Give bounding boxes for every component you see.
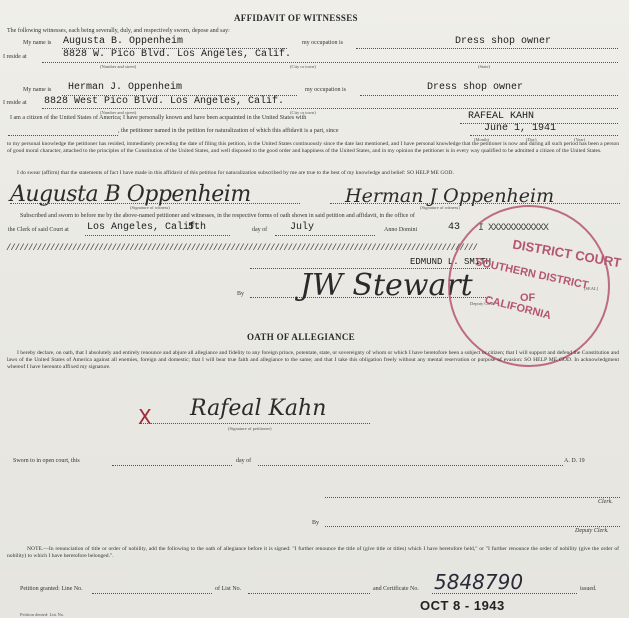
witness2-occupation: Dress shop owner	[427, 82, 523, 93]
knowledge-paragraph: to my personal knowledge the petitioner …	[7, 141, 619, 155]
witness1-occupation: Dress shop owner	[455, 36, 551, 47]
struck-out-line: ////////////////////////////////////////…	[6, 243, 477, 253]
witness1-address: 8828 W. Pico Blvd. Los Angeles, Calif.	[63, 49, 291, 60]
certificate-label: and Certificate No.	[373, 586, 419, 592]
oath-by-label: By	[312, 520, 319, 526]
swear-paragraph: I do swear (affirm) that the statements …	[7, 170, 619, 177]
clerk-signature: JW Stewart	[300, 268, 473, 303]
court-location: Los Angeles, Calif.	[87, 222, 201, 233]
oath-day: 5th	[188, 222, 206, 233]
witness1-name-label: My name is	[23, 40, 51, 46]
witness2-name-label: My name is	[23, 87, 51, 93]
oath-title: OATH OF ALLEGIANCE	[247, 332, 355, 342]
caption-street: (Number and street)	[100, 64, 136, 69]
witness1-name: Augusta B. Oppenheim	[63, 36, 183, 47]
sworn-day-of: day of	[236, 458, 251, 464]
affidavit-intro: The following witnesses, each being seve…	[7, 28, 230, 34]
witness2-name: Herman J. Oppenheim	[68, 82, 182, 93]
issue-date-stamp: OCT 8 - 1943	[420, 598, 505, 613]
day-of-label: day of	[252, 227, 267, 233]
oath-year: 43	[448, 222, 460, 233]
by-label: By	[237, 291, 244, 297]
witness1-occupation-label: my occupation is	[302, 40, 343, 46]
caption-city: (City or town)	[290, 64, 316, 69]
petition-granted-label: Petition granted: Line No.	[20, 586, 83, 592]
clerk-label: Clerk.	[598, 499, 613, 505]
anno-domini-label: Anno Domini	[384, 227, 417, 233]
subscribed-text: Subscribed and sworn to before me by the…	[20, 213, 415, 219]
issued-label: issued.	[580, 586, 597, 592]
list-no-label: of List No.	[215, 586, 241, 592]
caption-state: (State)	[478, 64, 490, 69]
naturalization-document-page: AFFIDAVIT OF WITNESSES The following wit…	[0, 0, 629, 618]
petitioner-signature: Rafeal Kahn	[190, 396, 326, 421]
nobility-note: NOTE.—In renunciation of title or order …	[7, 546, 619, 560]
citizen-text: I am a citizen of the United States of A…	[10, 115, 306, 121]
sworn-text: Sworn to in open court, this	[13, 458, 80, 464]
signature-caption: (Signature of witness)	[130, 205, 170, 210]
petitioner-mark: X	[138, 405, 152, 429]
witness2-occupation-label: my occupation is	[305, 87, 346, 93]
petition-denied-label: Petition denied: List No.	[20, 612, 64, 617]
certificate-number: 5848790	[434, 570, 523, 594]
affidavit-title: AFFIDAVIT OF WITNESSES	[234, 13, 358, 23]
witness2-reside-label: I reside at	[3, 100, 27, 106]
signature-caption: (Signature of witness)	[420, 205, 460, 210]
petitioner-signature-caption: (Signature of petitioner)	[228, 426, 272, 431]
clerk-text: the Clerk of said Court at	[8, 227, 69, 233]
ad-label: A. D. 19	[564, 458, 585, 464]
witness2-address: 8828 West Pico Blvd. Los Angeles, Calif.	[44, 96, 284, 107]
oath-month: July	[290, 222, 314, 233]
petitioner-text: , the petitioner named in the petition f…	[118, 128, 339, 134]
oath-paragraph: I hereby declare, on oath, that I absolu…	[7, 350, 619, 371]
petitioner-name: RAFEAL KAHN	[468, 111, 534, 122]
oath-deputy-clerk-label: Deputy Clerk.	[575, 528, 609, 534]
since-date: June 1, 1941	[484, 123, 556, 134]
witness1-reside-label: I reside at	[3, 54, 27, 60]
